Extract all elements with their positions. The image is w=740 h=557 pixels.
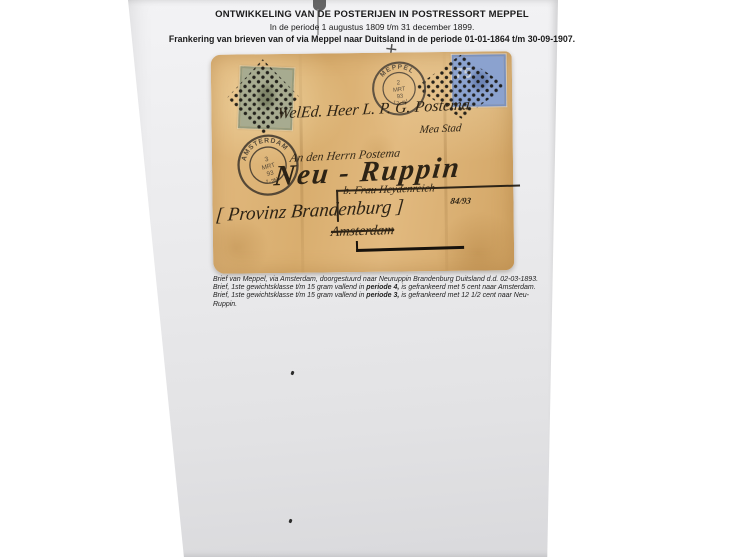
caption-block: Brief van Meppel, via Amsterdam, doorges… bbox=[213, 276, 553, 309]
handwritten-number-note: 84/93 bbox=[450, 196, 472, 206]
exhibit-header: ONTWIKKELING VAN DE POSTERIJEN IN POSTRE… bbox=[160, 9, 584, 44]
caption-line-3-bold: periode 3, bbox=[366, 292, 399, 299]
envelope: 75 MEPPEL 2 MRT 93 12-4V bbox=[211, 51, 515, 274]
caption-line-2-rest: is gefrankeerd met 5 cent naar Amsterdam… bbox=[399, 284, 535, 291]
caption-line-2: Brief, 1ste gewichtsklasse t/m 15 gram v… bbox=[213, 284, 553, 292]
handwritten-address-note: Mea Stad bbox=[419, 122, 462, 136]
caption-line-3-text: Brief, 1ste gewichtsklasse t/m 15 gram v… bbox=[213, 292, 366, 299]
caption-line-2-bold: periode 4, bbox=[366, 284, 399, 291]
caption-line-2-text: Brief, 1ste gewichtsklasse t/m 15 gram v… bbox=[213, 284, 366, 291]
exhibit-title: ONTWIKKELING VAN DE POSTERIJEN IN POSTRE… bbox=[160, 9, 584, 20]
caption-line-1: Brief van Meppel, via Amsterdam, doorges… bbox=[213, 276, 553, 284]
handwritten-region-line: [ Provinz Brandenburg ] bbox=[215, 196, 405, 227]
photo-of-album-page: ONTWIKKELING VAN DE POSTERIJEN IN POSTRE… bbox=[0, 0, 740, 557]
postmark-day: 2 bbox=[396, 79, 401, 86]
handwritten-crossed-out-city: Amsterdam bbox=[330, 223, 395, 241]
exhibit-subtitle2: Frankering van brieven van of via Meppel… bbox=[160, 34, 584, 44]
exhibit-subtitle: In de periode 1 augustus 1809 t/m 31 dec… bbox=[160, 22, 584, 32]
caption-line-3: Brief, 1ste gewichtsklasse t/m 15 gram v… bbox=[213, 292, 553, 308]
postmark-month: MRT bbox=[393, 86, 407, 93]
